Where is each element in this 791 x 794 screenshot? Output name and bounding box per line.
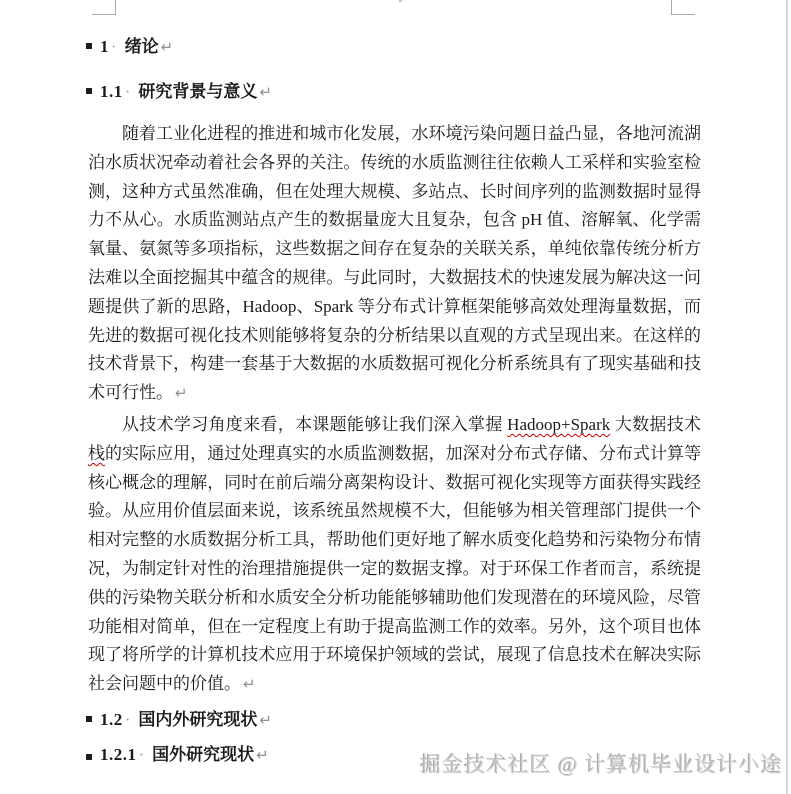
heading-section-1-1[interactable]: 1.1·研究背景与意义↵ [86, 81, 272, 103]
paragraph-mark-icon: ↵ [243, 675, 256, 693]
paragraph-mark-icon: ↵ [259, 711, 272, 729]
paragraph-text: 从技术学习角度来看，本课题能够让我们深入掌握 [122, 415, 507, 434]
heading-label: 国外研究现状 [152, 745, 254, 764]
paragraph-mark-icon: ↵ [259, 83, 272, 101]
spellcheck-flagged-text: Hadoop+Spark [507, 415, 610, 434]
heading-chapter-1[interactable]: 1·绪论↵ [86, 36, 173, 58]
paragraph-mark-icon: ↵ [256, 746, 269, 764]
ruler-center-tick [399, 0, 402, 2]
paragraph-text: 随着工业化进程的推进和城市化发展，水环境污染问题日益凸显，各地河流湖泊水质状况牵… [88, 124, 701, 402]
space-dot-mark: · [125, 710, 131, 729]
margin-crop-mark-top-left-horizontal [92, 14, 116, 15]
spellcheck-flagged-text: 栈 [88, 444, 105, 463]
outline-level-square-icon [86, 43, 92, 49]
heading-number: 1.1 [100, 82, 123, 101]
heading-label: 国内外研究现状 [138, 710, 257, 729]
paragraph-mark-icon: ↵ [161, 38, 174, 56]
space-dot-mark: · [125, 82, 131, 101]
space-dot-mark: · [139, 745, 145, 764]
heading-number: 1.2 [100, 710, 123, 729]
outline-level-square-icon [86, 754, 92, 760]
heading-section-1-2[interactable]: 1.2·国内外研究现状↵ [86, 709, 272, 731]
heading-label: 研究背景与意义 [138, 82, 257, 101]
margin-crop-mark-top-left-vertical [115, 0, 116, 14]
heading-number: 1 [100, 37, 109, 56]
outline-level-square-icon [86, 716, 92, 722]
outline-level-square-icon [86, 88, 92, 94]
margin-crop-mark-top-right-vertical [671, 0, 672, 14]
heading-label: 绪论 [125, 37, 159, 56]
paragraph-background-significance-2[interactable]: 从技术学习角度来看，本课题能够让我们深入掌握 Hadoop+Spark 大数据技… [88, 411, 701, 701]
heading-section-1-2-1[interactable]: 1.2.1·国外研究现状↵ [86, 744, 269, 766]
heading-number: 1.2.1 [100, 745, 137, 764]
paragraph-mark-icon: ↵ [175, 384, 188, 402]
paragraph-text: 的实际应用，通过处理真实的水质监测数据，加深对分布式存储、分布式计算等核心概念的… [88, 444, 701, 693]
word-document-page: { "document": { "headings": [ { "num": "… [0, 0, 791, 794]
paragraph-background-significance-1[interactable]: 随着工业化进程的推进和城市化发展，水环境污染问题日益凸显，各地河流湖泊水质状况牵… [88, 120, 701, 410]
margin-crop-mark-top-right-horizontal [671, 14, 695, 15]
paragraph-text: 大数据技术 [610, 415, 701, 434]
site-watermark: 掘金技术社区 @ 计算机毕业设计小途 [420, 749, 783, 779]
page-right-edge [786, 0, 788, 794]
space-dot-mark: · [111, 37, 117, 56]
